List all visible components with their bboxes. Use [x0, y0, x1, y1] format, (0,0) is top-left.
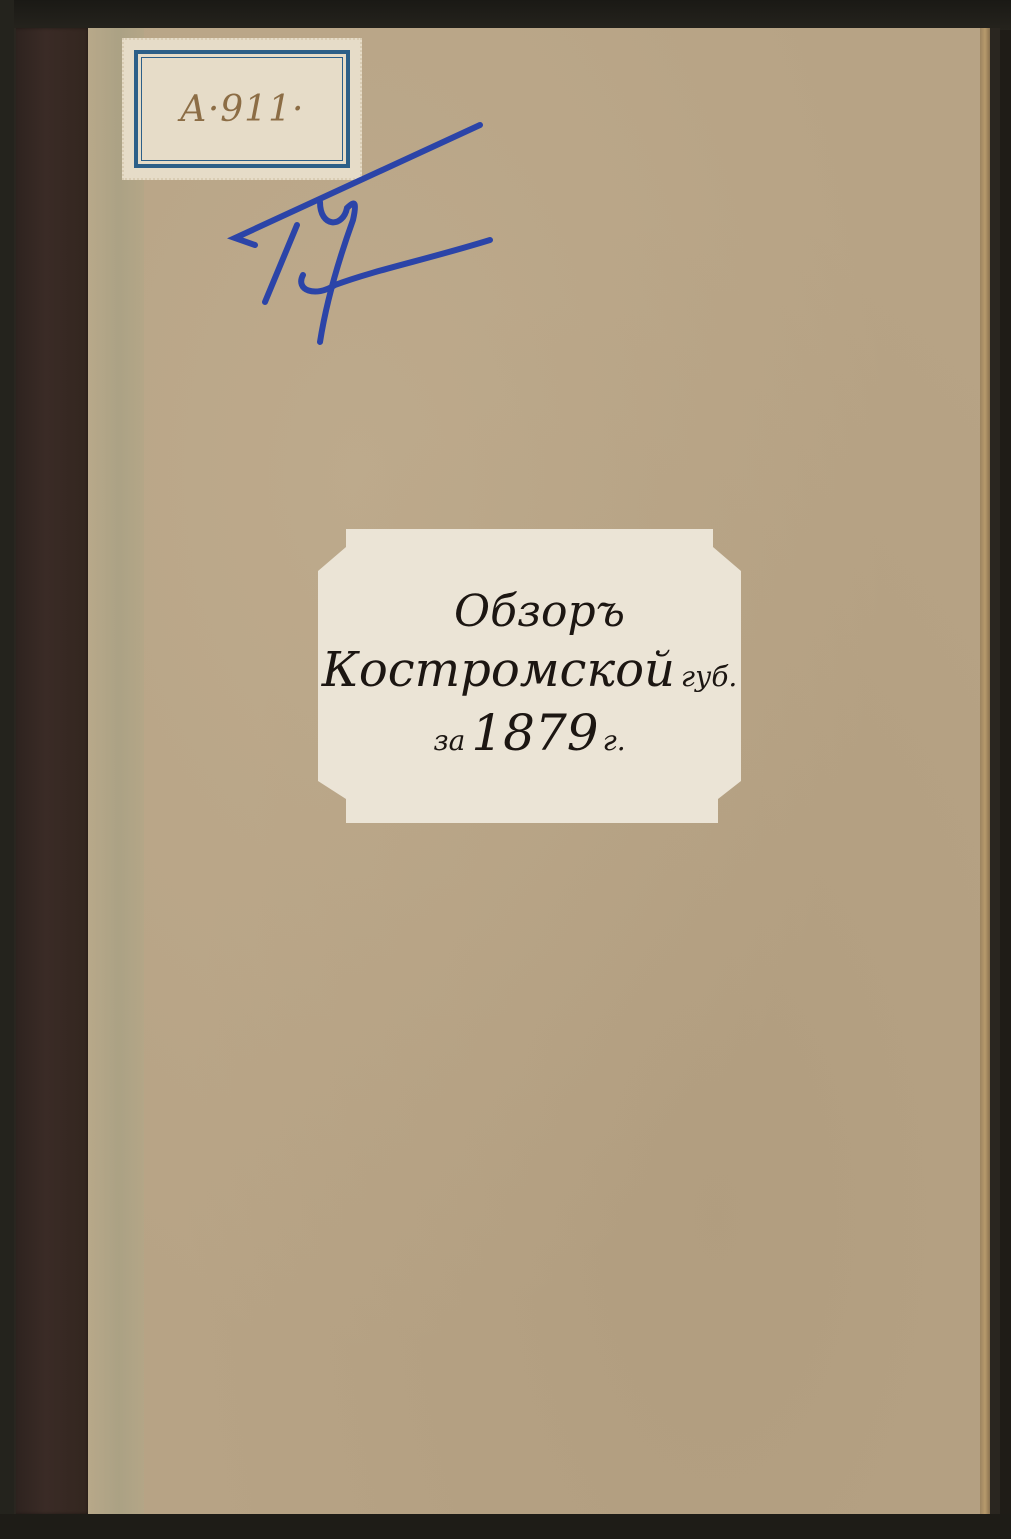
book-spine	[16, 28, 90, 1514]
scan-backdrop-bottom	[0, 1514, 1011, 1539]
title-label: Обзоръ Костромскойгуб. за1879г.	[318, 529, 741, 823]
scan-backdrop-left	[0, 0, 14, 1539]
province-abbr: губ.	[681, 660, 737, 693]
title-line-province: Костромскойгуб.	[322, 639, 738, 701]
year-preposition: за	[433, 724, 465, 757]
scan-backdrop-top	[0, 0, 1011, 30]
year-suffix: г.	[603, 724, 626, 757]
title-line-review: Обзоръ	[454, 586, 625, 639]
blue-pencil-annotation	[225, 110, 515, 350]
pencil-stroke-seven	[320, 202, 355, 342]
pencil-stroke-one	[265, 225, 297, 302]
page-fore-edge	[980, 28, 990, 1514]
year-value: 1879	[471, 704, 598, 762]
province-name: Костромской	[322, 642, 675, 698]
title-line-year: за1879г.	[433, 701, 625, 766]
pencil-stroke-line	[235, 125, 480, 245]
pencil-stroke-cross	[301, 240, 490, 292]
cover-hinge-strip	[88, 28, 144, 1514]
